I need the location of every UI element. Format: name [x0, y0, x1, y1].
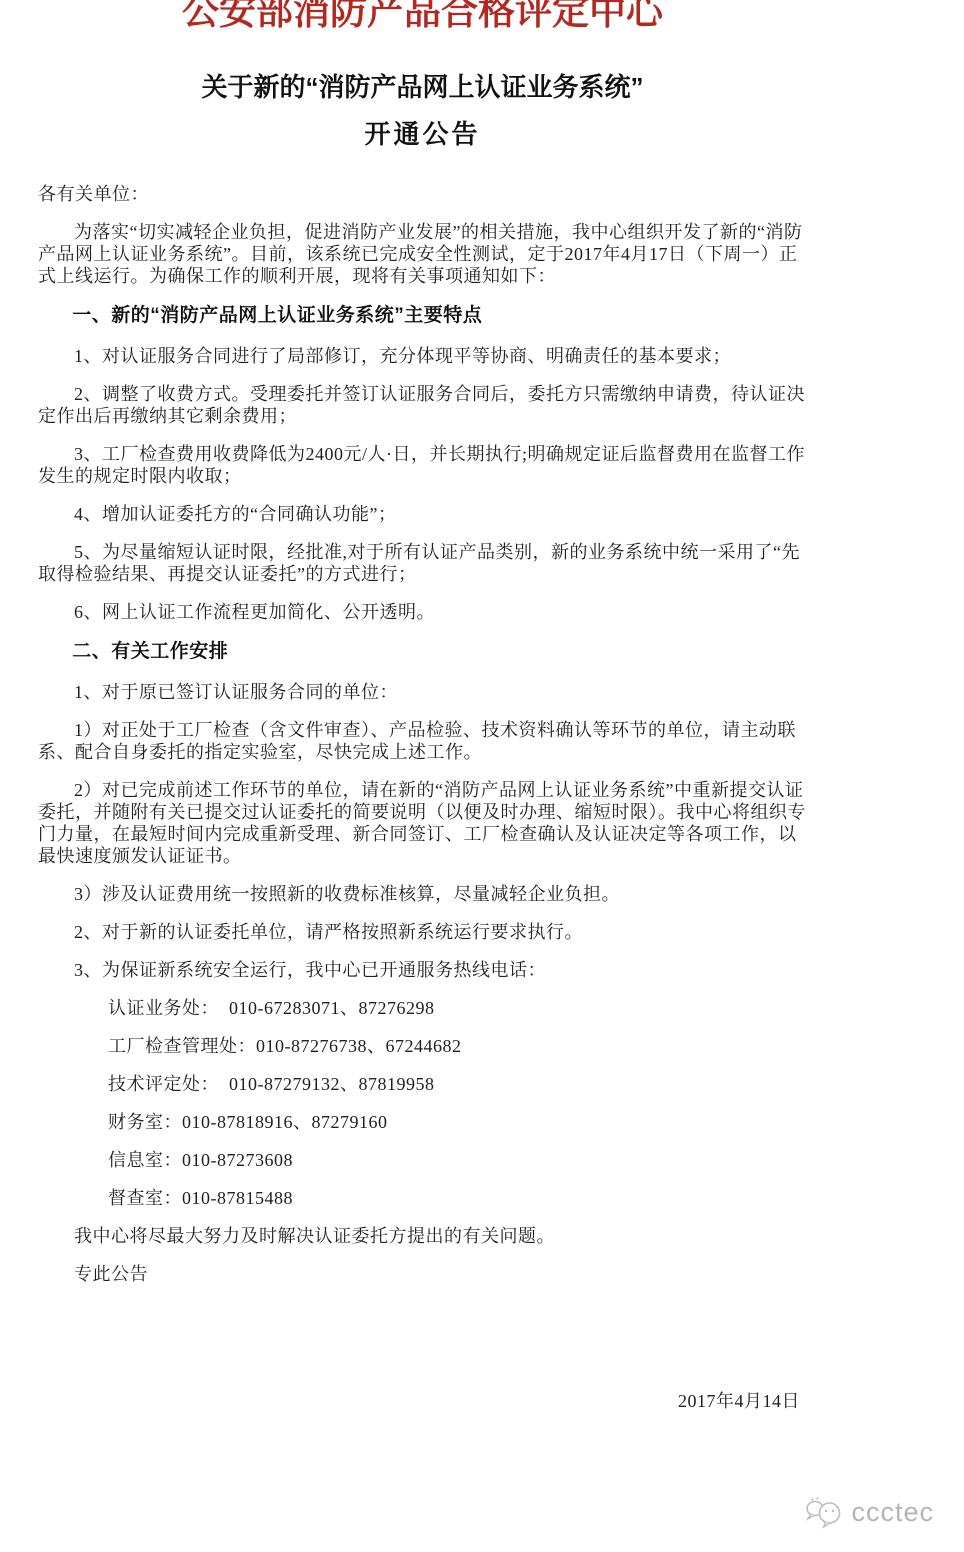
date: 2017年4月14日: [38, 1390, 807, 1412]
section1-item-5: 5、为尽量缩短认证时限，经批准,对于所有认证产品类别，新的业务系统中统一采用了“…: [38, 541, 807, 585]
section1-item-2: 2、调整了收费方式。受理委托并签订认证服务合同后，委托方只需缴纳申请费，待认证决…: [38, 383, 807, 427]
section2-item-3: 2）对已完成前述工作环节的单位，请在新的“消防产品网上认证业务系统”中重新提交认…: [38, 779, 807, 867]
org-title: 公安部消防产品合格评定中心: [38, 0, 807, 34]
intro-paragraph: 为落实“切实减轻企业负担，促进消防产业发展”的相关措施，我中心组织开发了新的“消…: [38, 221, 807, 287]
section2-item-6: 3、为保证新系统安全运行，我中心已开通服务热线电话：: [38, 959, 807, 981]
hotline-certification-dept: 认证业务处： 010-67283071、87276298: [108, 997, 807, 1019]
section1-item-1: 1、对认证服务合同进行了局部修订，充分体现平等协商、明确责任的基本要求；: [38, 345, 807, 367]
announcement-document: 公安部消防产品合格评定中心 关于新的“消防产品网上认证业务系统” 开通公告 各有…: [0, 0, 964, 1412]
closing-sign-off: 专此公告: [38, 1263, 807, 1285]
section1-heading: 一、新的“消防产品网上认证业务系统”主要特点: [38, 305, 807, 327]
section2-item-1: 1、对于原已签订认证服务合同的单位：: [38, 681, 807, 703]
section1-item-4: 4、增加认证委托方的“合同确认功能”；: [38, 503, 807, 525]
footer-watermark: ccctec: [804, 1494, 934, 1530]
doc-title-line2: 开通公告: [38, 119, 807, 150]
hotline-information-office: 信息室：010-87273608: [108, 1149, 807, 1171]
doc-title-line1: 关于新的“消防产品网上认证业务系统”: [38, 72, 807, 103]
hotline-factory-inspection-dept: 工厂检查管理处：010-87276738、67244682: [108, 1035, 807, 1057]
section2-item-4: 3）涉及认证费用统一按照新的收费标准核算，尽量减轻企业负担。: [38, 883, 807, 905]
wechat-icon: [804, 1494, 844, 1530]
hotline-finance-office: 财务室：010-87818916、87279160: [108, 1111, 807, 1133]
hotline-technical-assessment-dept: 技术评定处： 010-87279132、87819958: [108, 1073, 807, 1095]
hotline-supervision-office: 督查室：010-87815488: [108, 1187, 807, 1209]
section2-item-2: 1）对正处于工厂检查（含文件审查）、产品检验、技术资料确认等环节的单位，请主动联…: [38, 719, 807, 763]
section1-item-3: 3、工厂检查费用收费降低为2400元/人·日，并长期执行;明确规定证后监督费用在…: [38, 443, 807, 487]
salutation: 各有关单位：: [38, 183, 807, 205]
closing-remark: 我中心将尽最大努力及时解决认证委托方提出的有关问题。: [38, 1225, 807, 1247]
section1-item-6: 6、网上认证工作流程更加简化、公开透明。: [38, 601, 807, 623]
section2-heading: 二、有关工作安排: [38, 641, 807, 663]
brand-name: ccctec: [851, 1496, 934, 1528]
document-body: 各有关单位： 为落实“切实减轻企业负担，促进消防产业发展”的相关措施，我中心组织…: [38, 183, 807, 1412]
section2-item-5: 2、对于新的认证委托单位，请严格按照新系统运行要求执行。: [38, 921, 807, 943]
